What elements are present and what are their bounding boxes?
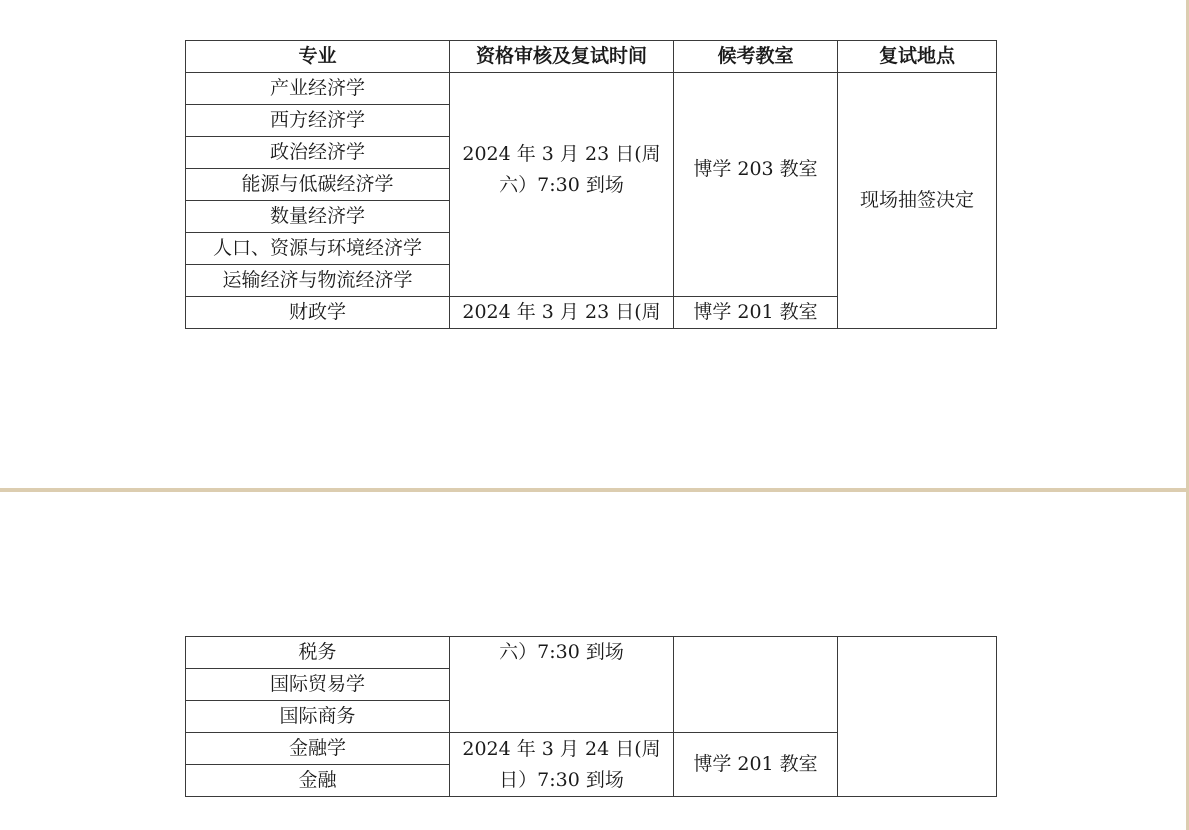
header-waiting-room: 候考教室	[674, 41, 838, 73]
time-cell: 2024 年 3 月 24 日(周日）7:30 到场	[450, 733, 674, 797]
location-cell	[838, 637, 997, 797]
major-cell: 运输经济与物流经济学	[186, 265, 450, 297]
waiting-room-cell: 博学 203 教室	[674, 73, 838, 297]
time-cell: 2024 年 3 月 23 日(周六）7:30 到场	[450, 73, 674, 297]
major-cell: 政治经济学	[186, 137, 450, 169]
major-cell: 财政学	[186, 297, 450, 329]
document-page-1: 专业 资格审核及复试时间 候考教室 复试地点 产业经济学 2024 年 3 月 …	[0, 0, 1186, 488]
major-cell: 西方经济学	[186, 105, 450, 137]
table-row: 税务 六）7:30 到场	[186, 637, 997, 669]
schedule-table-page-2: 税务 六）7:30 到场 国际贸易学 国际商务 金融学 2024 年 3 月 2…	[185, 636, 997, 797]
header-time: 资格审核及复试时间	[450, 41, 674, 73]
major-cell: 国际贸易学	[186, 669, 450, 701]
major-cell: 产业经济学	[186, 73, 450, 105]
time-cell: 六）7:30 到场	[450, 637, 674, 733]
major-cell: 能源与低碳经济学	[186, 169, 450, 201]
table-header-row: 专业 资格审核及复试时间 候考教室 复试地点	[186, 41, 997, 73]
major-cell: 金融学	[186, 733, 450, 765]
major-cell: 国际商务	[186, 701, 450, 733]
time-cell: 2024 年 3 月 23 日(周	[450, 297, 674, 329]
header-major: 专业	[186, 41, 450, 73]
waiting-room-cell: 博学 201 教室	[674, 297, 838, 329]
waiting-room-cell	[674, 637, 838, 733]
location-cell: 现场抽签决定	[838, 73, 997, 329]
major-cell: 税务	[186, 637, 450, 669]
header-location: 复试地点	[838, 41, 997, 73]
major-cell: 人口、资源与环境经济学	[186, 233, 450, 265]
schedule-table-page-1: 专业 资格审核及复试时间 候考教室 复试地点 产业经济学 2024 年 3 月 …	[185, 40, 997, 329]
major-cell: 金融	[186, 765, 450, 797]
major-cell: 数量经济学	[186, 201, 450, 233]
table-row: 产业经济学 2024 年 3 月 23 日(周六）7:30 到场 博学 203 …	[186, 73, 997, 105]
waiting-room-cell: 博学 201 教室	[674, 733, 838, 797]
